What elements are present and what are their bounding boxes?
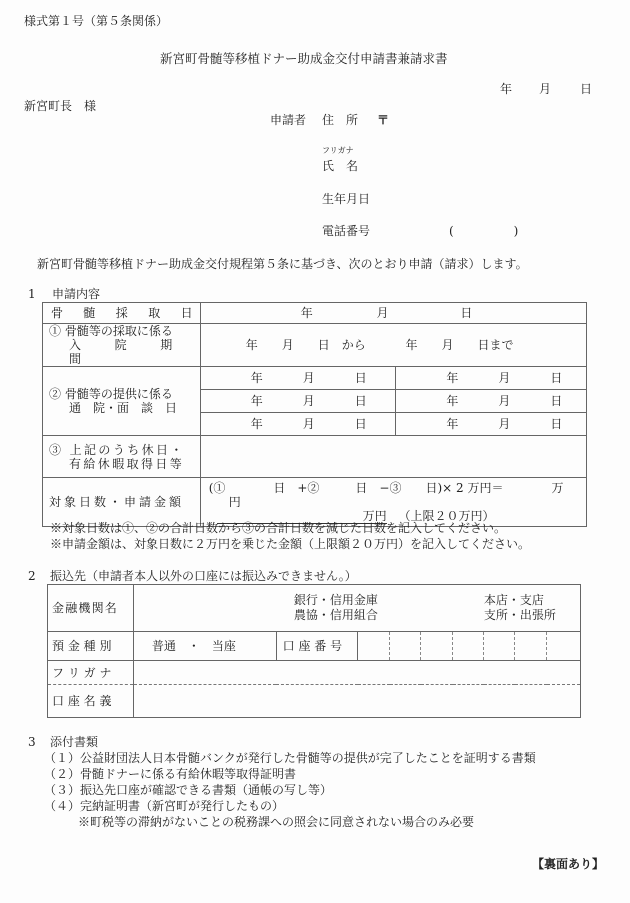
holder-furigana-field[interactable]	[133, 661, 580, 685]
account-digit-3[interactable]	[421, 632, 453, 661]
addressee: 新宮町長 様	[24, 99, 96, 113]
intro-text: 新宮町骨髄等移植ドナー助成金交付規程第５条に基づき、次のとおり申請（請求）します…	[37, 257, 528, 271]
address-label: 住 所	[322, 113, 358, 127]
note-target-days: ※対象日数は①、②の合計日数から③の合計日数を減じた日数を記入してください。	[50, 521, 506, 535]
application-table: 骨 髄 採 取 日 年 月 日 ① 骨髄等の採取に係る 入 院 期 間 年 月 …	[42, 302, 587, 527]
applicant-label: 申請者	[270, 113, 306, 127]
account-digit-6[interactable]	[515, 632, 547, 661]
furigana-label: フリガナ	[322, 146, 354, 156]
amount-label: 対象日数・申請金額	[43, 478, 201, 527]
account-holder-label: 口 座 名 義	[48, 685, 134, 718]
account-digit-5[interactable]	[484, 632, 515, 661]
phone-label: 電話番号	[322, 224, 370, 238]
hospitalization-label: ① 骨髄等の採取に係る 入 院 期 間	[43, 324, 201, 367]
harvest-date-field[interactable]: 年 月 日	[200, 303, 586, 324]
phone-parens: ( )	[449, 224, 518, 238]
visit-date-2b[interactable]: 年月日	[396, 390, 587, 413]
amount-field[interactable]: (① 日 +② 日 −③ 日)× 2 万円＝ 万 円 万円 （上限２０万円）	[200, 478, 586, 527]
date-month: 月	[539, 82, 551, 96]
hospitalization-period-field[interactable]: 年 月 日 から 年 月 日まで	[200, 324, 586, 367]
account-digit-7[interactable]	[547, 632, 581, 661]
amount-formula: (① 日 +② 日 −③ 日)× 2 万円＝ 万	[209, 481, 586, 495]
visit-date-1b[interactable]: 年月日	[396, 367, 587, 390]
postal-mark: 〒	[377, 113, 389, 127]
holidays-label: ③ 上記のうち休日・ 有給休暇取得日等	[43, 436, 201, 478]
visit-date-3a[interactable]: 年月日	[200, 413, 396, 436]
account-number-label: 口 座 番 号	[276, 632, 358, 661]
bank-name-label: 金融機関名	[48, 585, 134, 632]
section1-heading: 申請内容	[52, 287, 100, 301]
account-holder-field[interactable]	[133, 685, 580, 718]
holidays-field[interactable]	[200, 436, 586, 478]
section2-number: 2	[28, 569, 36, 583]
section1-number: 1	[28, 287, 36, 301]
attachment-item-4: （４）完納証明書（新宮町が発行したもの）	[44, 799, 284, 813]
account-digit-2[interactable]	[390, 632, 421, 661]
date-day: 日	[580, 82, 592, 96]
deposit-type-label: 預 金 種 別	[48, 632, 134, 661]
visits-label: ② 骨髄等の提供に係る 通 院・面 談 日	[43, 367, 201, 436]
birthdate-label: 生年月日	[322, 192, 370, 206]
bank-table: 金融機関名 銀行・信用金庫 農協・信用組合 本店・支店 支所・出張所 預 金 種…	[47, 584, 581, 718]
attachment-item-2: （２）骨髄ドナーに係る有給休暇等取得証明書	[44, 767, 296, 781]
section3-number: 3	[28, 735, 36, 749]
attachment-note: ※町税等の滞納がないことの税務課への照会に同意されない場合のみ必要	[78, 815, 474, 829]
section2-heading: 振込先（申請者本人以外の口座には振込みできません。）	[50, 569, 357, 583]
harvest-date-label: 骨 髄 採 取 日	[43, 303, 201, 324]
note-amount: ※申請金額は、対象日数に２万円を乗じた金額（上限額２０万円）を記入してください。	[50, 537, 530, 551]
visit-date-1a[interactable]: 年月日	[200, 367, 396, 390]
deposit-type-options[interactable]: 普通 ・ 当座	[133, 632, 276, 661]
section3-heading: 添付書類	[50, 735, 98, 749]
holder-furigana-label: フ リ ガ ナ	[48, 661, 134, 685]
amount-formula-cont: 円	[209, 495, 586, 509]
attachment-item-1: （１）公益財団法人日本骨髄バンクが発行した骨髄等の提供が完了したことを証明する書…	[44, 751, 536, 765]
visit-date-2a[interactable]: 年月日	[200, 390, 396, 413]
account-digit-1[interactable]	[358, 632, 390, 661]
date-year: 年	[500, 82, 512, 96]
visit-date-3b[interactable]: 年月日	[396, 413, 587, 436]
bank-name-field[interactable]: 銀行・信用金庫 農協・信用組合 本店・支店 支所・出張所	[133, 585, 580, 632]
account-digit-4[interactable]	[453, 632, 484, 661]
attachment-item-3: （３）振込先口座が確認できる書類（通帳の写し等）	[44, 783, 332, 797]
page-title: 新宮町骨髄等移植ドナー助成金交付申請書兼請求書	[160, 52, 448, 66]
name-label: 氏 名	[322, 159, 358, 173]
form-number: 様式第１号（第５条関係）	[24, 14, 168, 28]
reverse-side-note: 【裏面あり】	[532, 857, 604, 871]
